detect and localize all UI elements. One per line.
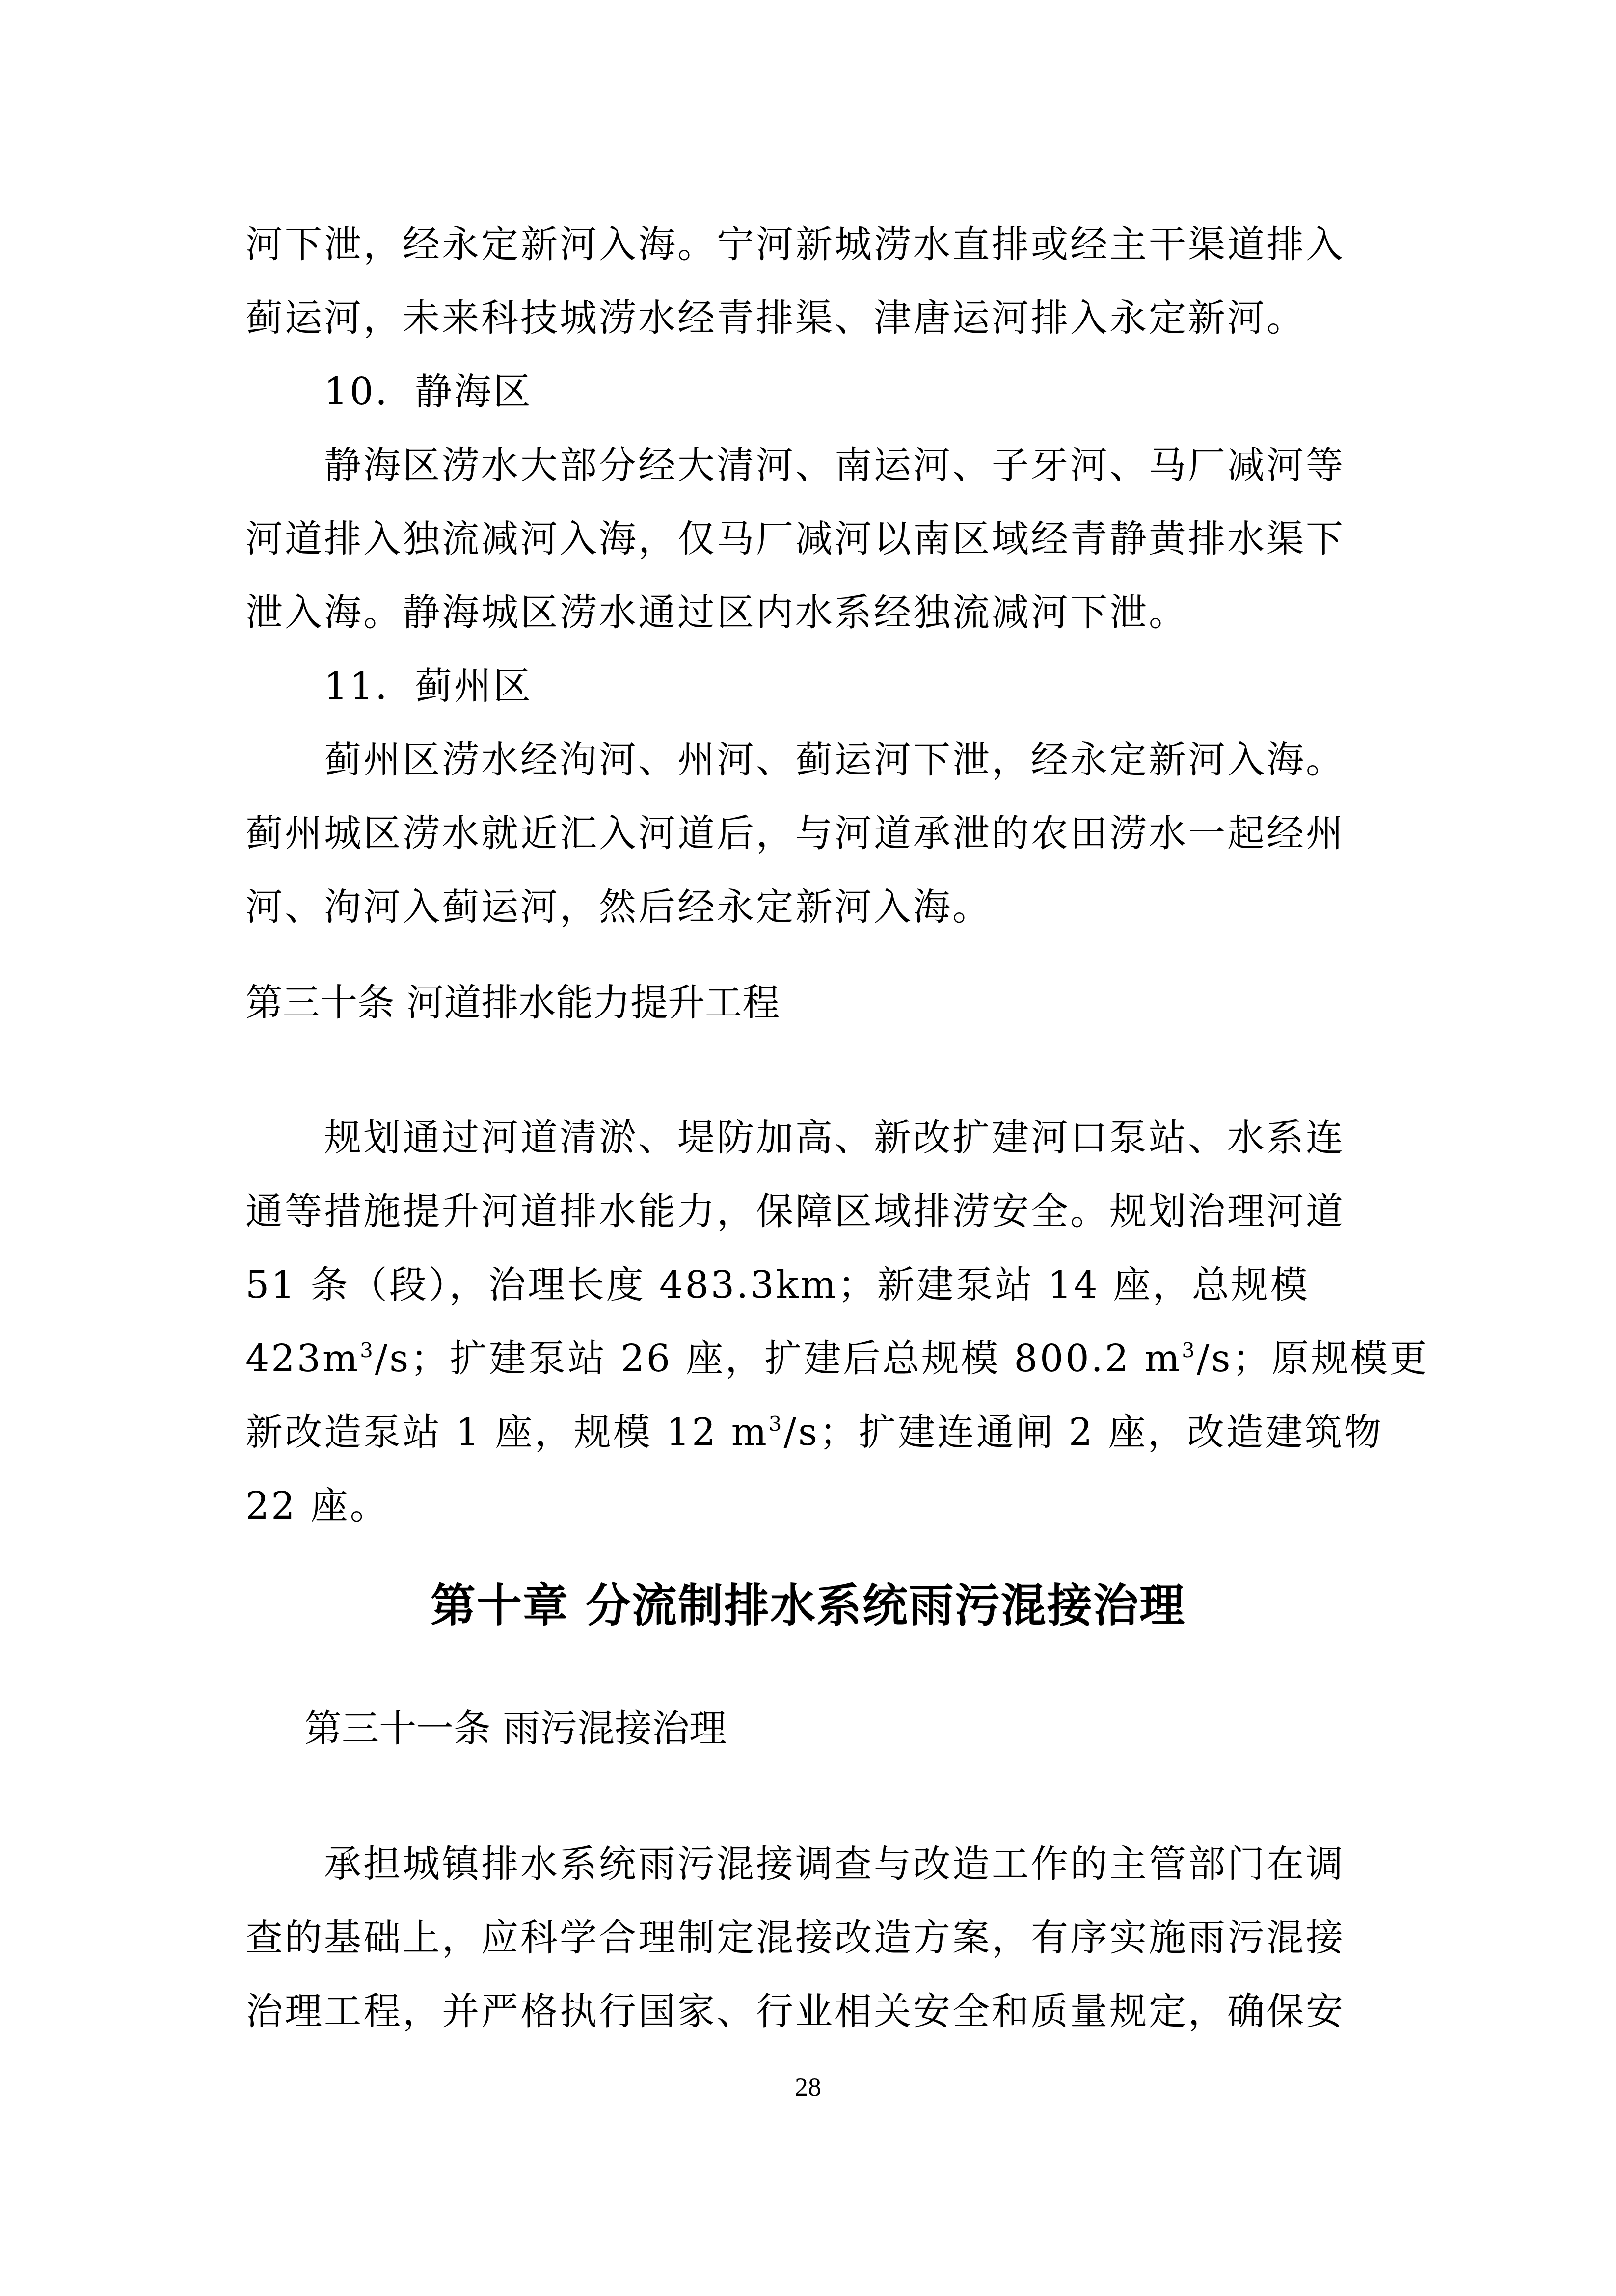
paragraph-line: 新改造泵站 1 座，规模 12 m3/s；扩建连通闸 2 座，改造建筑物 xyxy=(245,1408,1383,1457)
paragraph-line: 河、泃河入蓟运河，然后经永定新河入海。 xyxy=(245,882,992,932)
paragraph-line: 蓟州区涝水经泃河、州河、蓟运河下泄，经永定新河入海。 xyxy=(324,735,1345,784)
section-heading-jizhou: 11．蓟州区 xyxy=(324,662,533,711)
page-number: 28 xyxy=(0,2072,1616,2102)
chapter-10-title: 第十章 分流制排水系统雨污混接治理 xyxy=(0,1576,1616,1635)
paragraph-line: 承担城镇排水系统雨污混接调查与改造工作的主管部门在调 xyxy=(324,1840,1345,1889)
paragraph-line: 22 座。 xyxy=(245,1481,389,1530)
paragraph-line: 治理工程，并严格执行国家、行业相关安全和质量规定，确保安 xyxy=(245,1987,1345,2036)
paragraph-line: 河道排入独流减河入海，仅马厂减河以南区域经青静黄排水渠下 xyxy=(245,514,1345,563)
paragraph-line: 河下泄，经永定新河入海。宁河新城涝水直排或经主干渠道排入 xyxy=(245,220,1345,269)
paragraph-line: 查的基础上，应科学合理制定混接改造方案，有序实施雨污混接 xyxy=(245,1913,1345,1962)
paragraph-line: 规划通过河道清淤、堤防加高、新改扩建河口泵站、水系连 xyxy=(324,1113,1345,1162)
paragraph-line: 423m3/s；扩建泵站 26 座，扩建后总规模 800.2 m3/s；原规模更 xyxy=(245,1334,1429,1383)
article-30-title: 第三十条 河道排水能力提升工程 xyxy=(245,978,780,1027)
paragraph-line: 通等措施提升河道排水能力，保障区域排涝安全。规划治理河道 xyxy=(245,1187,1345,1236)
paragraph-line: 51 条（段），治理长度 483.3km；新建泵站 14 座，总规模 xyxy=(245,1260,1310,1309)
paragraph-line: 泄入海。静海城区涝水通过区内水系经独流减河下泄。 xyxy=(245,588,1188,637)
paragraph-line: 蓟州城区涝水就近汇入河道后，与河道承泄的农田涝水一起经州 xyxy=(245,809,1345,858)
paragraph-line: 蓟运河，未来科技城涝水经青排渠、津唐运河排入永定新河。 xyxy=(245,294,1306,343)
article-31-title: 第三十一条 雨污混接治理 xyxy=(304,1704,727,1753)
paragraph-line: 静海区涝水大部分经大清河、南运河、子牙河、马厂减河等 xyxy=(324,441,1345,490)
section-heading-jinghai: 10．静海区 xyxy=(324,367,533,416)
